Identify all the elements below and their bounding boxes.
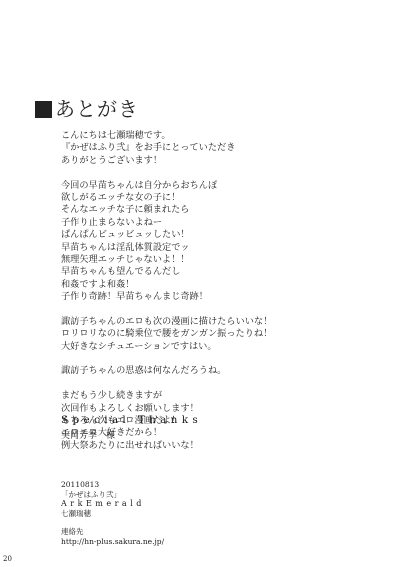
special-thanks-name: 実岡芳季 様 <box>61 428 115 441</box>
text-line: 大好きなシチュエーションですはい。 <box>61 341 272 353</box>
special-thanks-heading: Special Thanks <box>61 414 202 426</box>
page-number: 20 <box>3 555 12 563</box>
text-line: そんなエッチな子に頼まれたら <box>61 204 272 216</box>
text-line: 諏訪子ちゃんのエロも次の漫画に描けたらいいな！ <box>61 316 272 328</box>
page-title: あとがき <box>35 93 139 122</box>
contact-label: 連絡先 <box>61 527 164 537</box>
text-line: 欲しがるエッチな女の子に！ <box>61 192 272 204</box>
text-line: 『かぜはふり弐』をお手にとっていただき <box>61 142 272 154</box>
text-line: まだもう少し続きますが <box>61 390 272 402</box>
publish-date: 20110813 <box>61 480 145 490</box>
contact-info: 連絡先 http://hn-plus.sakura.ne.jp/ <box>61 527 164 547</box>
contact-url[interactable]: http://hn-plus.sakura.ne.jp/ <box>61 537 164 547</box>
text-line: 和姦ですよ和姦！ <box>61 279 272 291</box>
text-line: 子作り止まらないよねー <box>61 217 272 229</box>
colophon: 20110813 「かぜはふり弐」 ArkEmerald 七瀬瑞穂 <box>61 480 145 518</box>
text-line: 子作り奇跡！早苗ちゃんまじ奇跡！ <box>61 291 272 303</box>
title-text: あとがき <box>55 97 139 121</box>
text-line: こんにちは七瀬瑞穂です。 <box>61 130 272 142</box>
square-bullet-icon <box>35 101 52 118</box>
text-line: 早苗ちゃんも望んでるんだし <box>61 266 272 278</box>
paragraph-1: こんにちは七瀬瑞穂です。 『かぜはふり弐』をお手にとっていただき ありがとうござ… <box>61 130 272 167</box>
text-line: 無理矢理エッチじゃないよ！！ <box>61 254 272 266</box>
paragraph-4: 諏訪子ちゃんの思惑は何なんだろうね。 <box>61 365 272 377</box>
text-line: 早苗ちゃんは淫乱体質設定でッ <box>61 242 272 254</box>
text-line: ロリロリなのに騎乗位で腰をガンガン振ったりね！ <box>61 328 272 340</box>
text-line: 例大祭あたりに出せればいいな！ <box>61 440 272 452</box>
book-title: 「かぜはふり弐」 <box>61 490 145 500</box>
author-name: 七瀬瑞穂 <box>61 509 145 519</box>
paragraph-2: 今回の早苗ちゃんは自分からおちんぽ 欲しがるエッチな女の子に！ そんなエッチな子… <box>61 180 272 304</box>
text-line: 諏訪子ちゃんの思惑は何なんだろうね。 <box>61 365 272 377</box>
text-line: 今回の早苗ちゃんは自分からおちんぽ <box>61 180 272 192</box>
text-line: ありがとうございます！ <box>61 155 272 167</box>
paragraph-3: 諏訪子ちゃんのエロも次の漫画に描けたらいいな！ ロリロリなのに騎乗位で腰をガンガ… <box>61 316 272 353</box>
circle-name: ArkEmerald <box>61 499 145 509</box>
afterword-body: こんにちは七瀬瑞穂です。 『かぜはふり弐』をお手にとっていただき ありがとうござ… <box>61 130 272 452</box>
text-line: ぱんぱんビュッビュッしたい！ <box>61 229 272 241</box>
